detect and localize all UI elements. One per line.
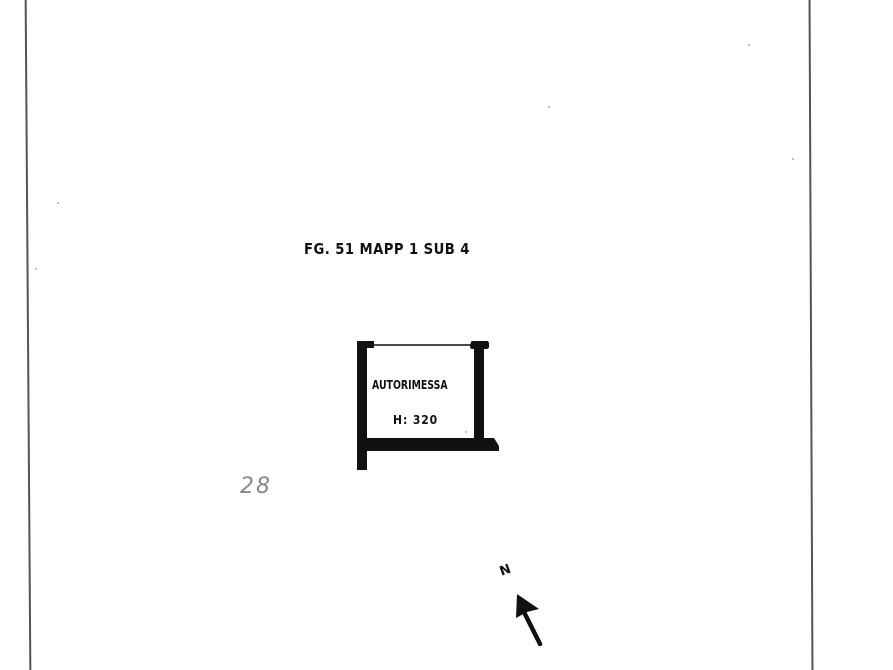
right-wall bbox=[470, 341, 489, 440]
room-name-label: AUTORIMESSA bbox=[372, 378, 448, 392]
north-arrow-icon bbox=[516, 594, 540, 644]
bottom-wall bbox=[367, 438, 499, 451]
floor-plan-drawing bbox=[0, 0, 893, 670]
room-height-label: H: 320 bbox=[393, 413, 438, 427]
sheet-number: 28 bbox=[240, 474, 272, 499]
